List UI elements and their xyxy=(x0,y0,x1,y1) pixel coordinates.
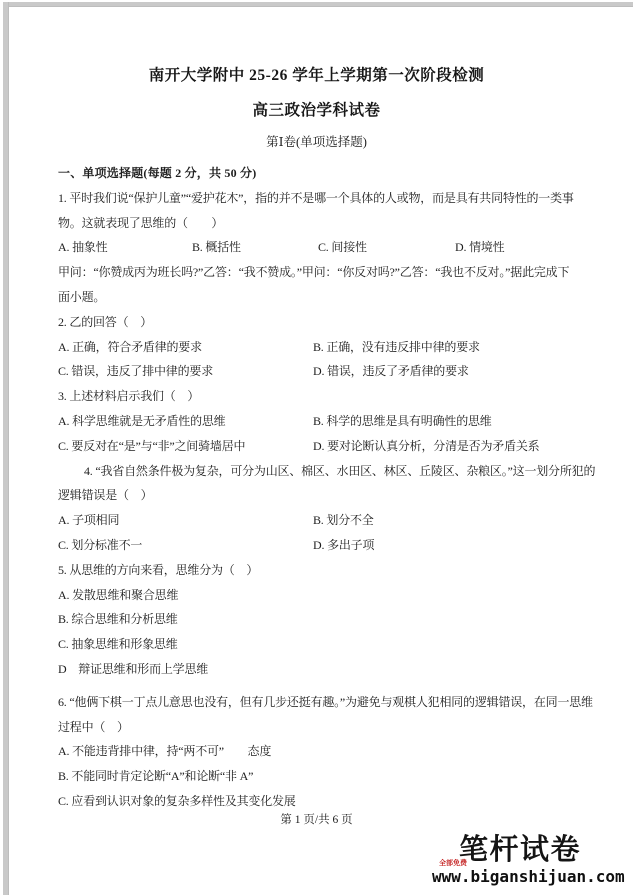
question-5-option-c: C. 抽象思维和形象思维 xyxy=(58,632,607,657)
question-5-option-a: A. 发散思维和聚合思维 xyxy=(58,583,607,608)
question-6-option-c: C. 应看到认识对象的复杂多样性及其变化发展 xyxy=(58,789,607,814)
page-number: 第 1 页/共 6 页 xyxy=(280,814,352,826)
question-4-option-c: C. 划分标准不一 xyxy=(58,533,313,558)
passage-line2: 面小题。 xyxy=(58,285,607,310)
exam-title: 南开大学附中 25-26 学年上学期第一次阶段检测 xyxy=(0,0,633,86)
question-1-stem-line1: 1. 平时我们说“保护儿童”“爱护花木”，指的并不是哪一个具体的人或物，而是具有… xyxy=(58,186,607,211)
question-3-option-a: A. 科学思维就是无矛盾性的思维 xyxy=(58,409,313,434)
exam-page: 南开大学附中 25-26 学年上学期第一次阶段检测 高三政治学科试卷 第Ⅰ卷(单… xyxy=(0,0,633,895)
question-4-options-row1: A. 子项相同 B. 划分不全 xyxy=(58,508,607,533)
question-1-option-c: C. 间接性 xyxy=(318,235,455,260)
question-4-stem-line1: 4. “我省自然条件极为复杂，可分为山区、棉区、水田区、林区、丘陵区、杂粮区。”… xyxy=(58,459,607,484)
question-5-stem: 5. 从思维的方向来看，思维分为（ ） xyxy=(58,558,607,583)
scan-edge-left xyxy=(3,2,9,895)
question-3-stem: 3. 上述材料启示我们（ ） xyxy=(58,384,607,409)
part-one-heading: 一、单项选择题(每题 2 分，共 50 分) xyxy=(58,161,607,186)
question-6-option-b: B. 不能同时肯定论断“A”和论断“非 A” xyxy=(58,764,607,789)
question-1-option-a: A. 抽象性 xyxy=(58,235,192,260)
question-3-option-c: C. 要反对在“是”与“非”之间骑墙居中 xyxy=(58,434,313,459)
question-1-options: A. 抽象性 B. 概括性 C. 间接性 D. 情境性 xyxy=(58,235,607,260)
exam-body: 一、单项选择题(每题 2 分，共 50 分) 1. 平时我们说“保护儿童”“爱护… xyxy=(0,161,633,814)
question-2-options-row1: A. 正确，符合矛盾律的要求 B. 正确，没有违反排中律的要求 xyxy=(58,335,607,360)
question-2-option-d: D. 错误，违反了矛盾律的要求 xyxy=(313,359,607,384)
question-3-option-b: B. 科学的思维是具有明确性的思维 xyxy=(313,409,607,434)
question-4-option-d: D. 多出子项 xyxy=(313,533,607,558)
question-2-option-a: A. 正确，符合矛盾律的要求 xyxy=(58,335,313,360)
question-1-option-b: B. 概括性 xyxy=(192,235,318,260)
question-5-option-b: B. 综合思维和分析思维 xyxy=(58,607,607,632)
question-6-stem-line2: 过程中（ ） xyxy=(58,715,607,740)
page-footer: 第 1 页/共 6 页 xyxy=(0,811,633,829)
watermark-free-label: 全部免费 xyxy=(439,860,467,868)
exam-header: 南开大学附中 25-26 学年上学期第一次阶段检测 高三政治学科试卷 第Ⅰ卷(单… xyxy=(0,0,633,151)
question-2-stem: 2. 乙的回答（ ） xyxy=(58,310,607,335)
question-3-options-row2: C. 要反对在“是”与“非”之间骑墙居中 D. 要对论断认真分析，分清是否为矛盾… xyxy=(58,434,607,459)
question-3-options-row1: A. 科学思维就是无矛盾性的思维 B. 科学的思维是具有明确性的思维 xyxy=(58,409,607,434)
passage-line1: 甲问：“你赞成丙为班长吗?”乙答：“我不赞成。”甲问：“你反对吗?”乙答：“我也… xyxy=(58,260,607,285)
question-6-stem-line1: 6. “他俩下棋一丁点儿意思也没有，但有几步还挺有趣。”为避免与观棋人犯相同的逻… xyxy=(58,690,607,715)
question-4-option-b: B. 划分不全 xyxy=(313,508,607,533)
watermark: 笔杆试卷 全部免费 www.biganshijuan.com xyxy=(432,834,632,886)
question-4-option-a: A. 子项相同 xyxy=(58,508,313,533)
scan-edge-top xyxy=(3,2,633,7)
section-title: 第Ⅰ卷(单项选择题) xyxy=(0,134,633,151)
question-4-stem-line2: 逻辑错误是（ ） xyxy=(58,483,607,508)
question-1-stem-line2: 物。这就表现了思维的（ ） xyxy=(58,211,607,236)
watermark-url: www.biganshijuan.com xyxy=(432,867,632,886)
question-3-option-d: D. 要对论断认真分析，分清是否为矛盾关系 xyxy=(313,434,607,459)
question-2-option-c: C. 错误，违反了排中律的要求 xyxy=(58,359,313,384)
question-2-option-b: B. 正确，没有违反排中律的要求 xyxy=(313,335,607,360)
watermark-brand-text: 笔杆试卷 xyxy=(459,834,632,867)
question-2-options-row2: C. 错误，违反了排中律的要求 D. 错误，违反了矛盾律的要求 xyxy=(58,359,607,384)
question-5-option-d: D 辩证思维和形而上学思维 xyxy=(58,657,607,682)
question-1-option-d: D. 情境性 xyxy=(455,235,607,260)
question-6-option-a: A. 不能违背排中律，持“两不可” 态度 xyxy=(58,739,607,764)
question-4-options-row2: C. 划分标准不一 D. 多出子项 xyxy=(58,533,607,558)
exam-subtitle: 高三政治学科试卷 xyxy=(0,101,633,121)
